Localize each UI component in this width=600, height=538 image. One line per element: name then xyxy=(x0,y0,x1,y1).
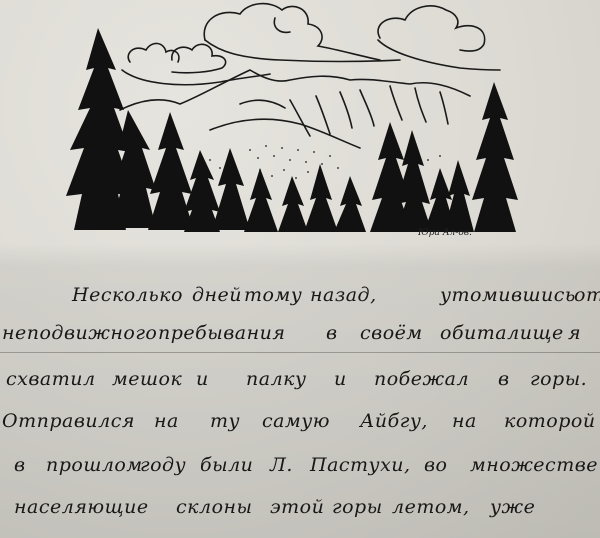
word: назад, xyxy=(310,284,377,306)
word: палку xyxy=(246,368,307,390)
word: на xyxy=(154,410,179,432)
word: пребывания xyxy=(158,322,285,344)
word: побежал xyxy=(374,368,469,390)
mountain-forest-illustration xyxy=(60,0,540,240)
word: были xyxy=(200,454,253,476)
manuscript-page: Юрa Ал-ов. Несколько дней тому назад, ут… xyxy=(0,0,600,538)
word: ту xyxy=(210,410,240,432)
word: Несколько xyxy=(72,284,183,306)
word: своём xyxy=(360,322,423,344)
word: горы. xyxy=(530,368,587,390)
word: Пастухи, xyxy=(310,454,411,476)
word: множестве xyxy=(470,454,598,476)
word: году xyxy=(140,454,186,476)
word: и xyxy=(196,368,209,390)
word: утомившись xyxy=(440,284,576,306)
word: горы xyxy=(332,496,383,518)
word: на xyxy=(452,410,477,432)
word: которой xyxy=(504,410,596,432)
word: уже xyxy=(490,496,535,518)
word: Отправился xyxy=(2,410,135,432)
paper-crease xyxy=(0,352,600,353)
word: и xyxy=(334,368,347,390)
word: схватил xyxy=(6,368,96,390)
word: летом, xyxy=(392,496,470,518)
word: от xyxy=(574,284,600,306)
word: в xyxy=(326,322,338,344)
word: во xyxy=(424,454,448,476)
word: в xyxy=(498,368,510,390)
word: прошлом xyxy=(46,454,143,476)
word: мешок xyxy=(112,368,182,390)
word: в xyxy=(14,454,26,476)
word: населяющие xyxy=(14,496,149,518)
word: склоны xyxy=(176,496,253,518)
word: неподвижного xyxy=(2,322,157,344)
word: этой xyxy=(270,496,324,518)
word: я xyxy=(568,322,581,344)
word: дней xyxy=(192,284,242,306)
illustration-signature: Юрa Ал-ов. xyxy=(418,228,472,238)
word: Л. xyxy=(270,454,293,476)
word: самую xyxy=(262,410,330,432)
word: Айбгу, xyxy=(360,410,428,432)
word: обиталище xyxy=(440,322,564,344)
word: тому xyxy=(244,284,302,306)
